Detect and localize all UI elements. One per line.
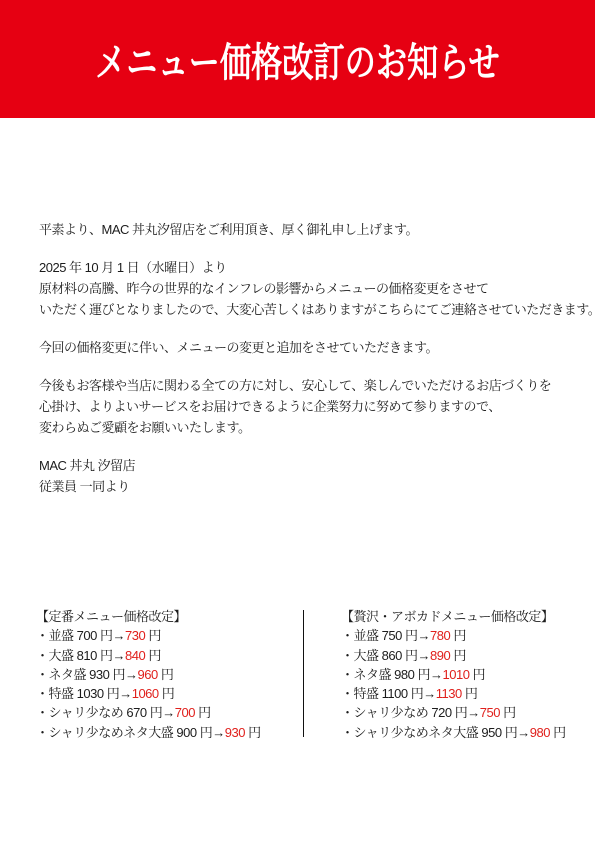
yen-label-old: 円: [150, 705, 163, 720]
old-price: 1030: [77, 686, 104, 701]
old-price: 950: [481, 725, 501, 740]
price-row: ・大盛 810 円→840 円: [36, 646, 303, 665]
arrow-glyph: →: [162, 705, 175, 720]
bullet-dot: ・: [36, 705, 49, 720]
arrow-glyph: →: [418, 628, 431, 643]
price-row: ・シャリ少なめネタ大盛 900 円→930 円: [36, 723, 303, 742]
new-price: 1130: [436, 686, 462, 701]
luxury-avocado-menu-price-table: 【贅沢・アボカドメニュー価格改定】 ・並盛 750 円→780 円 ・大盛 86…: [304, 607, 566, 742]
yen-label-new: 円: [473, 667, 486, 682]
price-table-title: 【贅沢・アボカドメニュー価格改定】: [341, 607, 566, 626]
new-price: 890: [430, 648, 450, 663]
yen-label-old: 円: [112, 667, 125, 682]
new-price: 750: [480, 705, 500, 720]
yen-label-new: 円: [503, 705, 516, 720]
menu-item-name: シャリ少なめ: [49, 705, 124, 720]
price-row: ・特盛 1030 円→1060 円: [36, 684, 303, 703]
bullet-dot: ・: [341, 628, 354, 643]
text-line: 心掛け、よりよいサービスをお届けできるように企業努力に努めて参りますので、: [39, 396, 584, 417]
price-row-list: ・並盛 750 円→780 円 ・大盛 860 円→890 円 ・ネタ盛 980…: [341, 626, 566, 742]
bullet-dot: ・: [341, 686, 354, 701]
bullet-dot: ・: [341, 705, 354, 720]
price-row-list: ・並盛 700 円→730 円 ・大盛 810 円→840 円 ・ネタ盛 930…: [36, 626, 303, 742]
new-price: 730: [125, 628, 145, 643]
yen-label-old: 円: [405, 628, 418, 643]
yen-label-old: 円: [200, 725, 213, 740]
notice-page: メニュー価格改訂のお知らせ 平素より、MAC 丼丸汐留店をご利用頂き、厚く御礼申…: [0, 0, 595, 842]
text-line: いただく運びとなりましたので、大変心苦しくはありますがこちらにてご連絡させていた…: [39, 299, 584, 320]
yen-label-old: 円: [417, 667, 430, 682]
menu-item-name: シャリ少なめネタ大盛: [354, 725, 479, 740]
price-row: ・特盛 1100 円→1130 円: [341, 684, 566, 703]
menu-item-name: 特盛: [354, 686, 379, 701]
price-row: ・並盛 700 円→730 円: [36, 626, 303, 645]
yen-label-new: 円: [161, 667, 174, 682]
price-row: ・シャリ少なめ 720 円→750 円: [341, 703, 566, 722]
yen-label-new: 円: [162, 686, 175, 701]
old-price: 720: [431, 705, 451, 720]
price-row: ・シャリ少なめネタ大盛 950 円→980 円: [341, 723, 566, 742]
text-line: 平素より、MAC 丼丸汐留店をご利用頂き、厚く御礼申し上げます。: [39, 219, 584, 240]
commitment-paragraph: 今後もお客様や当店に関わる全ての方に対し、安心して、楽しんでいただけるお店づくり…: [39, 375, 584, 438]
text-line: 変わらぬご愛顧をお願いいたします。: [39, 417, 584, 438]
new-price: 930: [225, 725, 245, 740]
old-price: 930: [89, 667, 109, 682]
bullet-dot: ・: [36, 686, 49, 701]
text-line: 原材料の高騰、昨今の世界的なインフレの影響からメニューの価格変更をさせて: [39, 278, 584, 299]
bullet-dot: ・: [36, 725, 49, 740]
menu-item-name: シャリ少なめネタ大盛: [49, 725, 174, 740]
old-price: 860: [382, 648, 402, 663]
signature-staff-line: 従業員 一同より: [39, 476, 584, 497]
yen-label-old: 円: [107, 686, 120, 701]
yen-label-old: 円: [505, 725, 518, 740]
price-revision-section: 【定番メニュー価格改定】 ・並盛 700 円→730 円 ・大盛 810 円→8…: [36, 607, 566, 742]
new-price: 1060: [132, 686, 159, 701]
menu-item-name: 並盛: [49, 628, 74, 643]
text-line: 今後もお客様や当店に関わる全ての方に対し、安心して、楽しんでいただけるお店づくり…: [39, 375, 584, 396]
menu-item-name: 大盛: [49, 648, 74, 663]
yen-label-new: 円: [198, 705, 211, 720]
menu-item-name: 特盛: [49, 686, 74, 701]
notice-title: メニュー価格改訂のお知らせ: [95, 31, 500, 88]
menu-item-name: 並盛: [354, 628, 379, 643]
text-line: 2025 年 10 月 1 日（水曜日）より: [39, 257, 584, 278]
menu-change-paragraph: 今回の価格変更に伴い、メニューの変更と追加をさせていただきます。: [39, 337, 584, 358]
yen-label-new: 円: [453, 628, 466, 643]
bullet-dot: ・: [36, 628, 49, 643]
bullet-dot: ・: [341, 725, 354, 740]
bullet-dot: ・: [341, 648, 354, 663]
yen-label-new: 円: [553, 725, 566, 740]
bullet-dot: ・: [341, 667, 354, 682]
yen-label-new: 円: [148, 628, 161, 643]
menu-item-name: シャリ少なめ: [354, 705, 429, 720]
new-price: 780: [430, 628, 450, 643]
old-price: 670: [126, 705, 146, 720]
new-price: 700: [175, 705, 195, 720]
old-price: 700: [77, 628, 97, 643]
standard-menu-price-table: 【定番メニュー価格改定】 ・並盛 700 円→730 円 ・大盛 810 円→8…: [36, 607, 303, 742]
old-price: 750: [382, 628, 402, 643]
yen-label-new: 円: [465, 686, 478, 701]
signature-store-line: MAC 丼丸 汐留店: [39, 455, 584, 476]
notice-banner: メニュー価格改訂のお知らせ: [0, 0, 595, 118]
yen-label-old: 円: [405, 648, 418, 663]
menu-item-name: 大盛: [354, 648, 379, 663]
yen-label-new: 円: [453, 648, 466, 663]
arrow-glyph: →: [212, 725, 225, 740]
old-price: 810: [77, 648, 97, 663]
arrow-glyph: →: [113, 628, 126, 643]
arrow-glyph: →: [467, 705, 480, 720]
menu-item-name: ネタ盛: [354, 667, 392, 682]
text-line: 今回の価格変更に伴い、メニューの変更と追加をさせていただきます。: [39, 337, 584, 358]
price-row: ・ネタ盛 980 円→1010 円: [341, 665, 566, 684]
arrow-glyph: →: [517, 725, 530, 740]
new-price: 980: [530, 725, 550, 740]
signature: MAC 丼丸 汐留店 従業員 一同より: [39, 455, 584, 497]
arrow-glyph: →: [119, 686, 132, 701]
new-price: 960: [138, 667, 158, 682]
price-row: ・ネタ盛 930 円→960 円: [36, 665, 303, 684]
yen-label-old: 円: [100, 628, 113, 643]
bullet-dot: ・: [36, 648, 49, 663]
yen-label-new: 円: [148, 648, 161, 663]
bullet-dot: ・: [36, 667, 49, 682]
arrow-glyph: →: [125, 667, 138, 682]
price-row: ・シャリ少なめ 670 円→700 円: [36, 703, 303, 722]
arrow-glyph: →: [113, 648, 126, 663]
old-price: 980: [394, 667, 414, 682]
new-price: 1010: [443, 667, 470, 682]
yen-label-old: 円: [411, 686, 424, 701]
greeting-paragraph: 平素より、MAC 丼丸汐留店をご利用頂き、厚く御礼申し上げます。: [39, 219, 584, 240]
old-price: 1100: [382, 686, 408, 701]
arrow-glyph: →: [418, 648, 431, 663]
yen-label-new: 円: [248, 725, 261, 740]
arrow-glyph: →: [423, 686, 436, 701]
arrow-glyph: →: [430, 667, 443, 682]
notice-body: 平素より、MAC 丼丸汐留店をご利用頂き、厚く御礼申し上げます。 2025 年 …: [39, 219, 584, 514]
old-price: 900: [176, 725, 196, 740]
price-row: ・並盛 750 円→780 円: [341, 626, 566, 645]
menu-item-name: ネタ盛: [49, 667, 87, 682]
yen-label-old: 円: [455, 705, 468, 720]
price-table-title: 【定番メニュー価格改定】: [36, 607, 303, 626]
new-price: 840: [125, 648, 145, 663]
yen-label-old: 円: [100, 648, 113, 663]
price-row: ・大盛 860 円→890 円: [341, 646, 566, 665]
revision-date-paragraph: 2025 年 10 月 1 日（水曜日）より 原材料の高騰、昨今の世界的なインフ…: [39, 257, 584, 320]
